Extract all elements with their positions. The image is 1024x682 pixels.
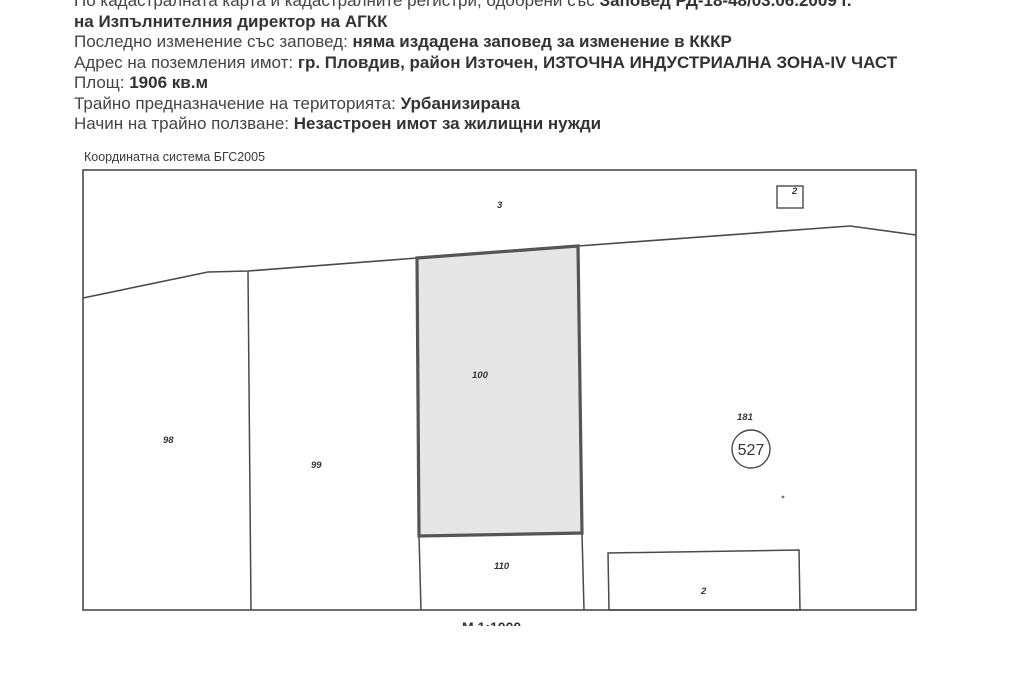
- block-527-label: 527: [738, 442, 765, 459]
- survey-point: [782, 496, 785, 499]
- divider-110-right: [582, 533, 584, 610]
- parcel-99-label: 99: [311, 460, 322, 471]
- divider-110-left: [419, 535, 421, 610]
- building-2-top[interactable]: [777, 186, 803, 208]
- parcel-181-label: 181: [737, 412, 753, 423]
- divider-98-99: [248, 271, 251, 610]
- building-2-top-label: 2: [791, 186, 798, 197]
- cadastral-map: 3 2 98 99 100 110 181 2 527: [0, 0, 1024, 682]
- parcel-100-highlight[interactable]: [417, 246, 582, 536]
- building-2-bottom-label: 2: [700, 586, 707, 597]
- parcel-3-label: 3: [497, 200, 503, 211]
- parcel-110-label: 110: [494, 561, 510, 572]
- parcel-100-label: 100: [472, 370, 489, 381]
- scale-label: М 1:1000: [462, 616, 521, 626]
- building-2-bottom[interactable]: [608, 550, 800, 610]
- parcel-98-label: 98: [163, 435, 174, 446]
